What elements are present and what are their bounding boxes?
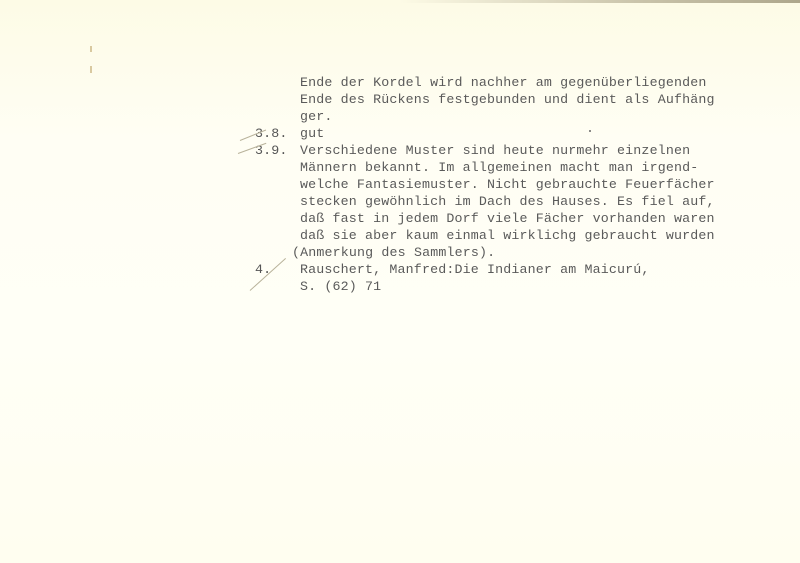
margin-mark — [90, 46, 92, 52]
item-number: 3.8. — [255, 126, 288, 142]
text-line: Rauschert, Manfred:Die Indianer am Maicu… — [300, 262, 650, 278]
text-line: gut — [300, 126, 324, 142]
margin-mark — [90, 66, 92, 73]
text-line: welche Fantasiemuster. Nicht gebrauchte … — [300, 177, 715, 193]
text-line: daß sie aber kaum einmal wirklichg gebra… — [300, 228, 715, 244]
card-edge-shadow — [400, 0, 800, 3]
text-line: S. (62) 71 — [300, 279, 381, 295]
text-line: ger. — [300, 109, 333, 125]
stray-mark — [589, 130, 591, 132]
item-number: 4. — [255, 262, 271, 278]
index-card: Ende der Kordel wird nachher am gegenübe… — [0, 0, 800, 563]
text-line: daß fast in jedem Dorf viele Fächer vorh… — [300, 211, 715, 227]
text-line: Männern bekannt. Im allgemeinen macht ma… — [300, 160, 698, 176]
text-line: (Anmerkung des Sammlers). — [292, 245, 495, 261]
text-line: Ende des Rückens festgebunden und dient … — [300, 92, 715, 108]
text-line: Verschiedene Muster sind heute nurmehr e… — [300, 143, 690, 159]
text-line: Ende der Kordel wird nachher am gegenübe… — [300, 75, 706, 91]
text-line: stecken gewöhnlich im Dach des Hauses. E… — [300, 194, 715, 210]
